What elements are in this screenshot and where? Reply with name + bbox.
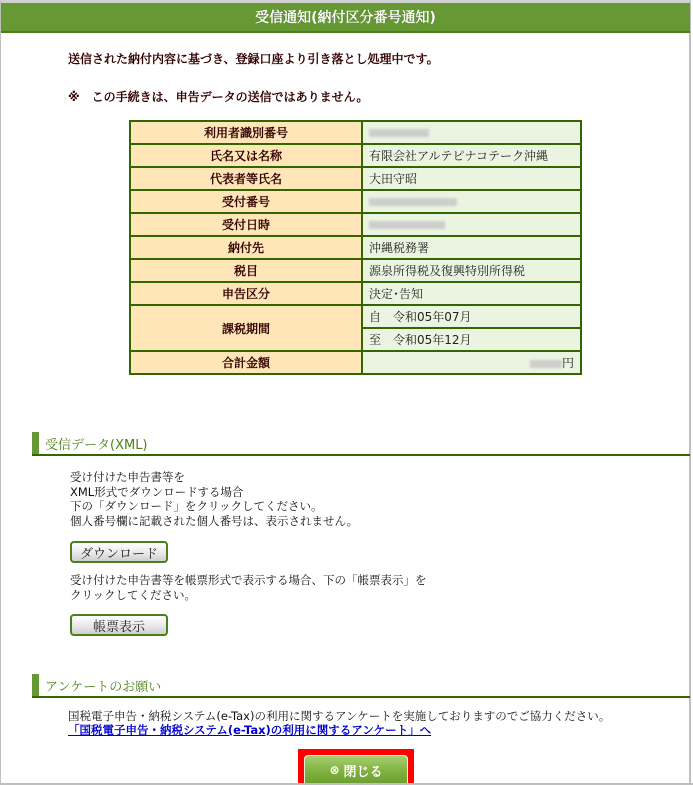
survey-link[interactable]: 「国税電子申告・納税システム(e-Tax)の利用に関するアンケート」へ bbox=[68, 723, 431, 737]
notice-message: ※ この手続きは、申告データの送信ではありません。 bbox=[68, 88, 368, 105]
currency-unit: 円 bbox=[562, 356, 574, 370]
table-row: 氏名又は名称 有限会社アルテピナコテーク沖縄 bbox=[130, 144, 581, 167]
download-button[interactable]: ダウンロード bbox=[70, 541, 168, 563]
heading-bar bbox=[32, 432, 39, 454]
redacted-value bbox=[369, 221, 445, 229]
redacted-value bbox=[369, 129, 429, 137]
row-label: 合計金額 bbox=[130, 351, 362, 374]
redacted-value bbox=[530, 360, 562, 368]
xml-instructions: 受け付けた申告書等を XML形式でダウンロードする場合 下の「ダウンロード」をク… bbox=[70, 470, 358, 528]
instruction-line: XML形式でダウンロードする場合 bbox=[70, 485, 358, 500]
row-label: 氏名又は名称 bbox=[130, 144, 362, 167]
tax-period-to: 至 令和05年12月 bbox=[362, 328, 581, 351]
table-row: 合計金額 円 bbox=[130, 351, 581, 374]
row-label: 課税期間 bbox=[130, 305, 362, 351]
table-row: 申告区分 決定･告知 bbox=[130, 282, 581, 305]
instruction-line: クリックしてください。 bbox=[70, 588, 427, 603]
instruction-line: 下の「ダウンロード」をクリックしてください。 bbox=[70, 499, 358, 514]
instruction-line: 受け付けた申告書等を bbox=[70, 470, 358, 485]
close-circle-icon: ⊗ bbox=[329, 763, 339, 777]
table-row: 利用者識別番号 bbox=[130, 121, 581, 144]
notification-info-table: 利用者識別番号 氏名又は名称 有限会社アルテピナコテーク沖縄 代表者等氏名 大田… bbox=[129, 120, 582, 375]
table-row: 税目 源泉所得税及復興特別所得税 bbox=[130, 259, 581, 282]
table-row: 課税期間 自 令和05年07月 bbox=[130, 305, 581, 328]
row-label: 税目 bbox=[130, 259, 362, 282]
survey-text: 国税電子申告・納税システム(e-Tax)の利用に関するアンケートを実施しておりま… bbox=[68, 709, 610, 724]
window-frame bbox=[0, 0, 691, 785]
table-row: 受付番号 bbox=[130, 190, 581, 213]
name-value: 有限会社アルテピナコテーク沖縄 bbox=[362, 144, 581, 167]
instruction-line: 個人番号欄に記載された個人番号は、表示されません。 bbox=[70, 514, 358, 529]
payee-value: 沖縄税務署 bbox=[362, 236, 581, 259]
close-button[interactable]: ⊗ 閉じる bbox=[304, 755, 408, 785]
close-button-highlight: ⊗ 閉じる bbox=[298, 749, 414, 785]
redacted-value bbox=[369, 198, 457, 206]
row-label: 代表者等氏名 bbox=[130, 167, 362, 190]
survey-link-wrap: 「国税電子申告・納税システム(e-Tax)の利用に関するアンケート」へ bbox=[68, 723, 431, 738]
row-label: 申告区分 bbox=[130, 282, 362, 305]
user-id-value bbox=[362, 121, 581, 144]
heading-bar bbox=[32, 674, 39, 696]
form-view-button[interactable]: 帳票表示 bbox=[70, 614, 168, 636]
row-label: 利用者識別番号 bbox=[130, 121, 362, 144]
close-button-label: 閉じる bbox=[344, 761, 383, 780]
total-amount-value: 円 bbox=[362, 351, 581, 374]
row-label: 受付日時 bbox=[130, 213, 362, 236]
processing-message: 送信された納付内容に基づき、登録口座より引き落とし処理中です。 bbox=[68, 50, 439, 67]
row-label: 納付先 bbox=[130, 236, 362, 259]
xml-section-title: 受信データ(XML) bbox=[45, 434, 148, 453]
xml-section-heading: 受信データ(XML) bbox=[32, 432, 690, 456]
declaration-type-value: 決定･告知 bbox=[362, 282, 581, 305]
table-row: 納付先 沖縄税務署 bbox=[130, 236, 581, 259]
tax-period-from: 自 令和05年07月 bbox=[362, 305, 581, 328]
window-title: 受信通知(納付区分番号通知) bbox=[1, 3, 690, 33]
receipt-datetime-value bbox=[362, 213, 581, 236]
survey-section-heading: アンケートのお願い bbox=[32, 674, 690, 698]
table-row: 代表者等氏名 大田守昭 bbox=[130, 167, 581, 190]
receipt-number-value bbox=[362, 190, 581, 213]
survey-section-title: アンケートのお願い bbox=[45, 676, 161, 695]
representative-value: 大田守昭 bbox=[362, 167, 581, 190]
row-label: 受付番号 bbox=[130, 190, 362, 213]
form-view-instructions: 受け付けた申告書等を帳票形式で表示する場合、下の「帳票表示」を クリックしてくだ… bbox=[70, 573, 427, 602]
instruction-line: 受け付けた申告書等を帳票形式で表示する場合、下の「帳票表示」を bbox=[70, 573, 427, 588]
table-row: 受付日時 bbox=[130, 213, 581, 236]
tax-item-value: 源泉所得税及復興特別所得税 bbox=[362, 259, 581, 282]
